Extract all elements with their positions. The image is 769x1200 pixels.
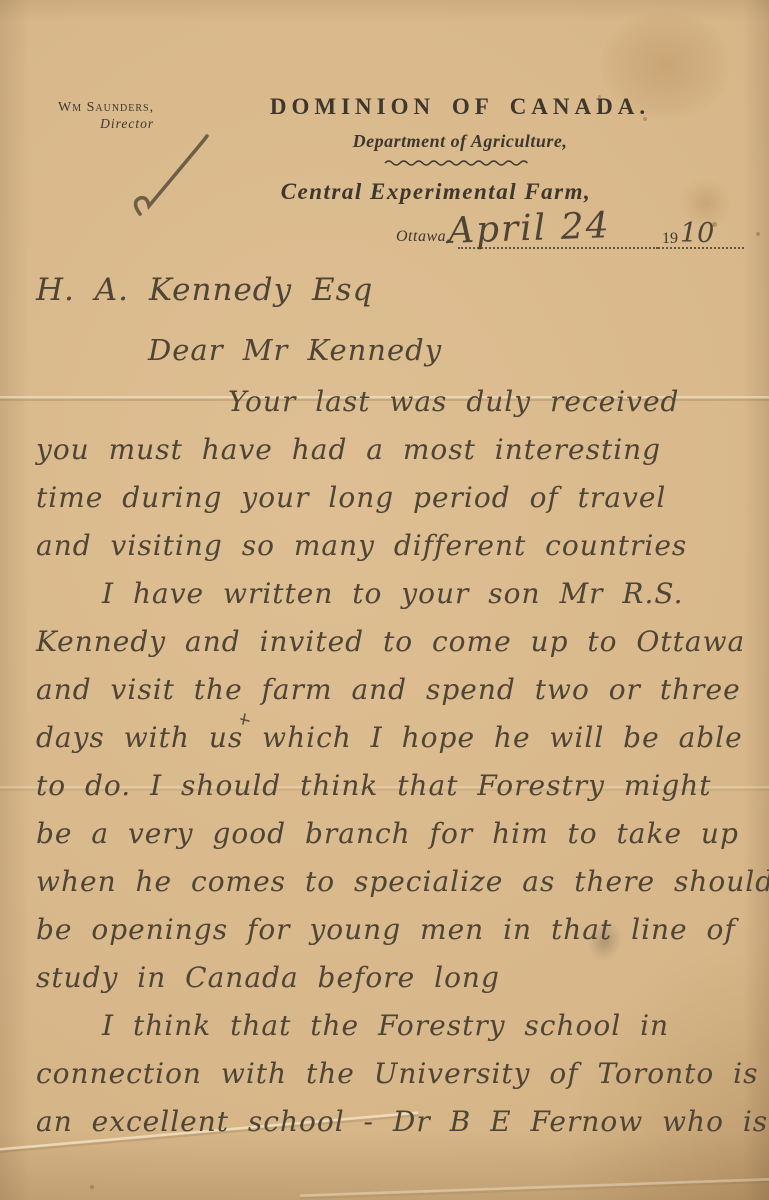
handwritten-line: I have written to your son Mr R.S.: [102, 572, 742, 620]
handwritten-line: when he comes to specialize as there sho…: [36, 860, 742, 908]
handwritten-line: to do. I should think that Forestry migh…: [36, 764, 742, 812]
letterhead-country: DOMINION OF CANADA.: [150, 94, 769, 120]
handwritten-line: and visit the farm and spend two or thre…: [36, 668, 742, 716]
handwritten-line: connection with the University of Toront…: [36, 1052, 742, 1100]
salutation-line: Dear Mr Kennedy: [148, 328, 742, 380]
handwritten-line: Your last was duly received: [228, 380, 742, 428]
handwritten-year: 10: [680, 218, 714, 249]
dateline: Ottawa, 19 April 24 10: [396, 222, 748, 262]
paper-edge-shadow: [0, 0, 30, 1200]
official-name: Wm Saunders,: [58, 100, 154, 115]
recipient-line: H. A. Kennedy Esq: [36, 268, 742, 328]
letterhead: DOMINION OF CANADA. Department of Agricu…: [150, 94, 769, 205]
handwritten-line: time during your long period of travel: [36, 476, 742, 524]
fold-crease: [300, 1178, 769, 1200]
handwritten-line: days with us which I hope he will be abl…: [36, 716, 742, 764]
year-printed: 19: [662, 230, 678, 248]
handwritten-line: Kennedy and invited to come up to Ottawa: [36, 620, 742, 668]
handwritten-line: be openings for young men in that line o…: [36, 908, 742, 956]
handwritten-line: you must have had a most interesting: [36, 428, 742, 476]
letter-body: H. A. Kennedy Esq Dear Mr Kennedy Your l…: [36, 268, 742, 1148]
city-label: Ottawa,: [396, 228, 451, 246]
handwritten-line: be a very good branch for him to take up: [36, 812, 742, 860]
wavy-divider: [150, 154, 769, 172]
handwritten-line: I think that the Forestry school in: [102, 1004, 742, 1052]
handwritten-line: an excellent school - Dr B E Fernow who …: [36, 1100, 742, 1148]
handwritten-line: study in Canada before long: [36, 956, 742, 1004]
letterhead-farm: Central Experimental Farm,: [102, 179, 769, 205]
handwritten-line: and visiting so many different countries: [36, 524, 742, 572]
handwritten-date: April 24: [447, 205, 611, 252]
paper-speck: [756, 232, 760, 236]
paper-edge-shadow: [0, 0, 769, 22]
letterhead-department: Department of Agriculture,: [150, 131, 769, 152]
letter-scan: Wm Saunders, Director DOMINION OF CANADA…: [0, 0, 769, 1200]
stray-pen-mark: [238, 712, 252, 728]
paper-speck: [90, 1185, 94, 1189]
